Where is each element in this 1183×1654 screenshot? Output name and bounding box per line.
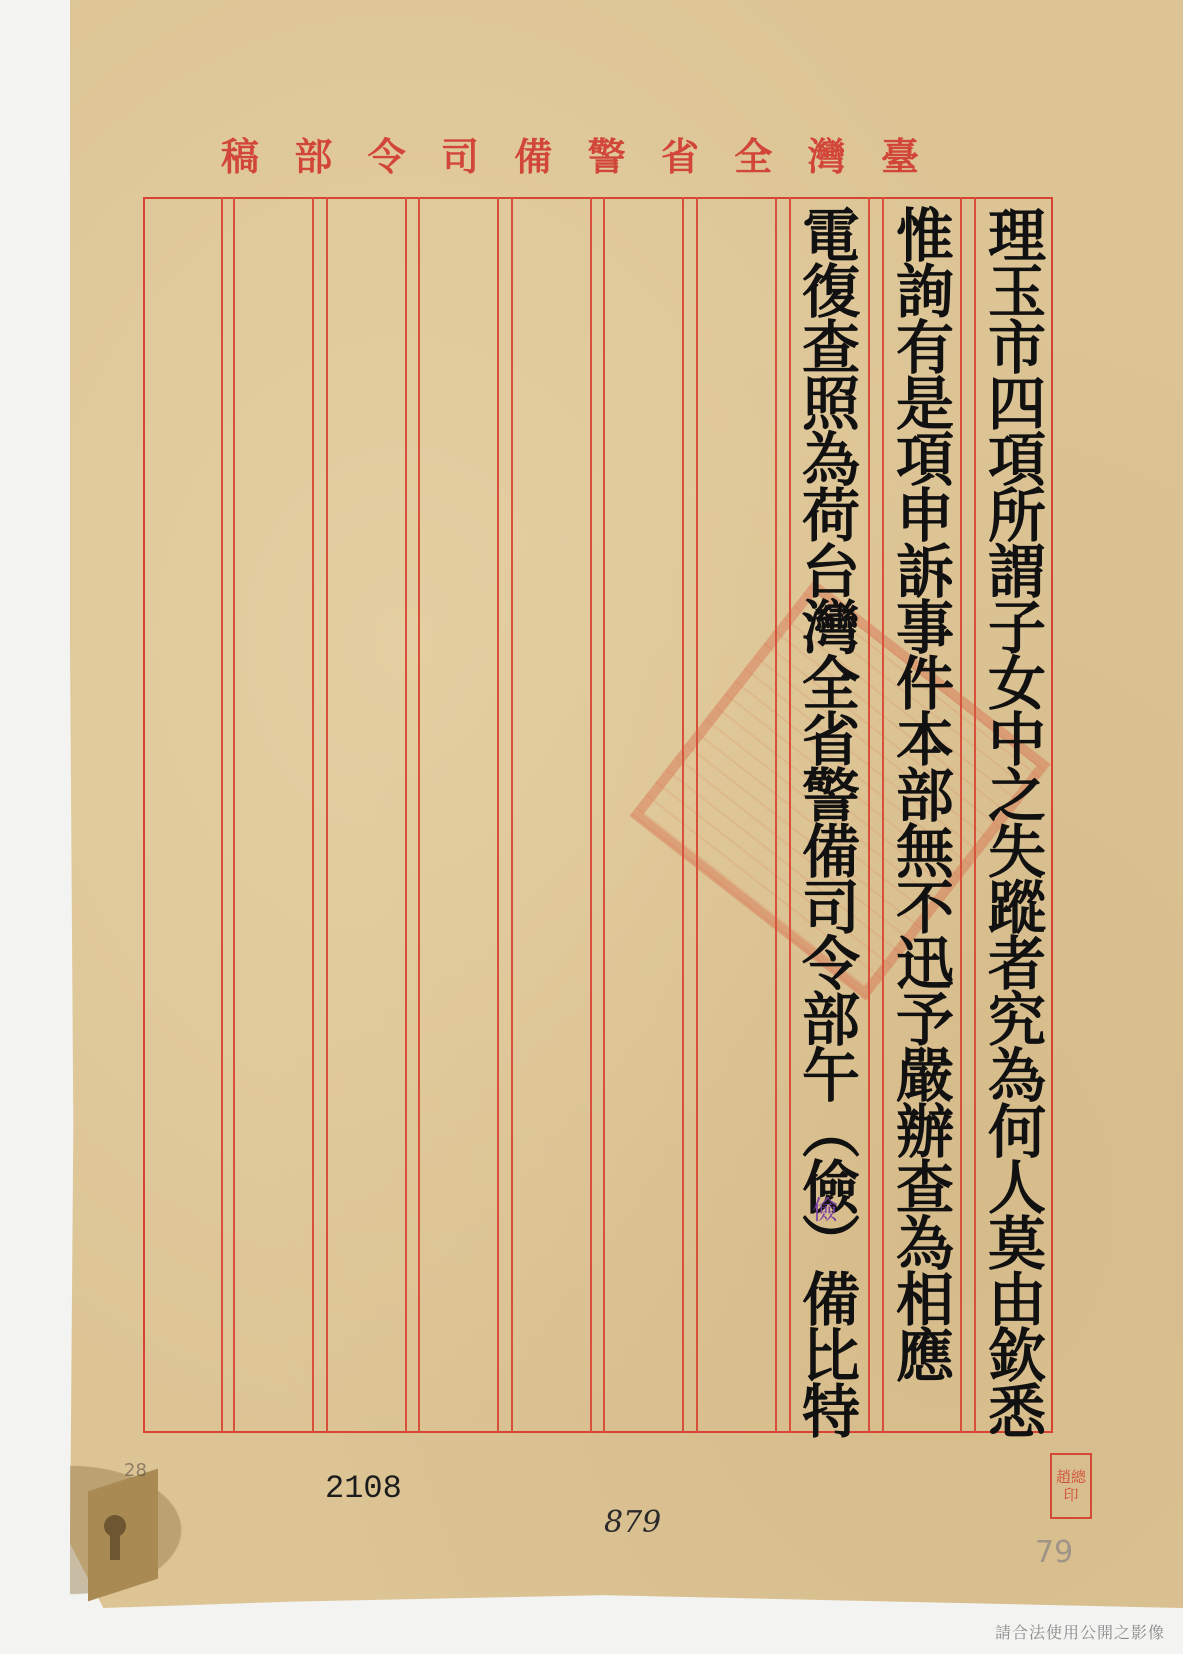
title-char: 灣 (797, 126, 857, 181)
title-char: 臺 (870, 126, 930, 181)
handwritten-column-3: 電復查照為荷台灣全省警備司令部午（儉）備比特 (786, 205, 866, 1437)
title-char: 省 (650, 126, 710, 181)
title-char: 令 (357, 126, 417, 181)
title-char: 稿 (210, 126, 270, 181)
handwritten-column-1: 理玉市四項所謂子女中之失蹤者究為何人莫由欽悉 (972, 205, 1052, 1437)
usage-watermark: 請合法使用公開之影像 (995, 1620, 1165, 1643)
name-seal: 趙總印 (1050, 1453, 1092, 1519)
column-rule (312, 197, 314, 1433)
column-rule (233, 197, 235, 1433)
handwritten-column-2: 惟詢有是項申訴事件本部無不迅予嚴辦查為相應 (880, 205, 960, 1381)
column-rule (405, 197, 407, 1433)
pencil-corner-number: 28 (124, 1460, 147, 1481)
title-char: 備 (503, 126, 563, 181)
letterhead-title: 稿 部 令 司 備 警 省 全 灣 臺 (210, 126, 930, 181)
title-char: 全 (723, 126, 783, 181)
handwritten-number: 879 (604, 1505, 661, 1540)
column-rule (511, 197, 513, 1433)
title-char: 部 (283, 126, 343, 181)
column-rule (221, 197, 223, 1433)
purple-stamp-mark: 儉 (812, 1190, 838, 1227)
book-icon (88, 1469, 158, 1602)
column-rule (590, 197, 592, 1433)
column-rule (497, 197, 499, 1433)
pencil-page-number: 79 (1035, 1535, 1073, 1570)
title-char: 司 (430, 126, 490, 181)
column-rule (418, 197, 420, 1433)
document-number: 2108 (325, 1470, 402, 1507)
title-char: 警 (577, 126, 637, 181)
column-rule (603, 197, 605, 1433)
keyhole-stem (110, 1530, 120, 1560)
column-rule (326, 197, 328, 1433)
